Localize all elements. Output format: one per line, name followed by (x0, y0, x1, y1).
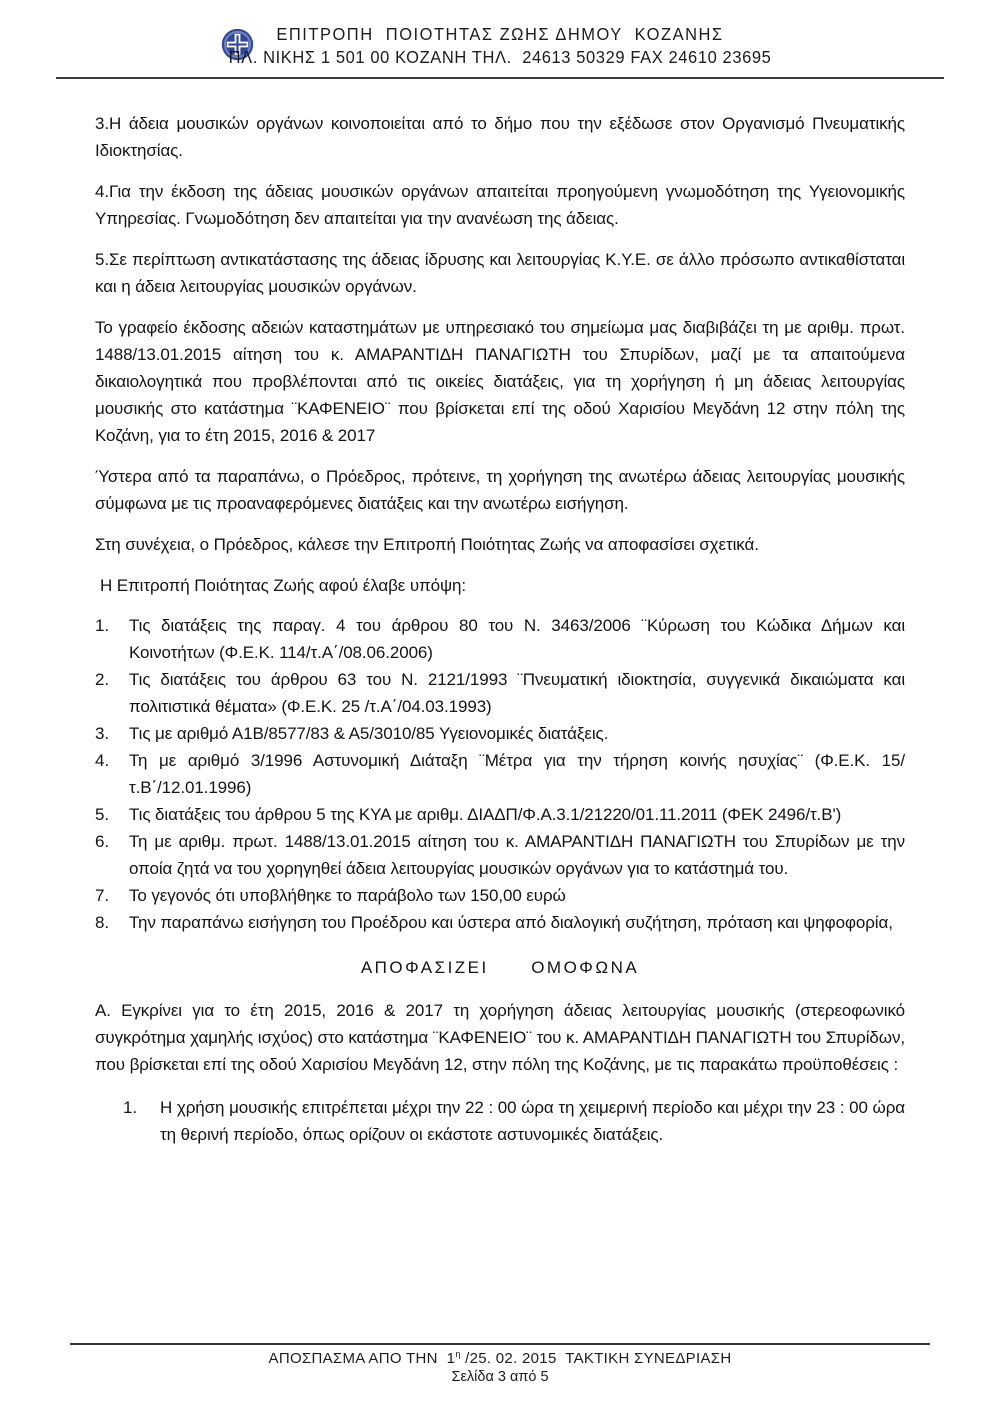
list-item-text: Η χρήση μουσικής επιτρέπεται μέχρι την 2… (160, 1094, 905, 1148)
list-item-number: 3. (95, 720, 129, 747)
extract-prefix: ΑΠΟΣΠΑΣΜΑ ΑΠΟ ΤΗΝ 1 (269, 1350, 456, 1367)
committee-title: ΕΠΙΤΡΟΠΗ ΠΟΙΟΤΗΤΑΣ ΖΩΗΣ ΔΗΜΟΥ ΚΟΖΑΝΗΣ (0, 26, 1000, 46)
list-item-number: 7. (95, 882, 129, 909)
decision-paragraph: Α. Εγκρίνει για το έτη 2015, 2016 & 2017… (95, 997, 905, 1078)
paragraph-president-proposal: Ύστερα από τα παραπάνω, ο Πρόεδρος, πρότ… (95, 463, 905, 517)
document-body: 3.Η άδεια μουσικών οργάνων κοινοποιείται… (0, 79, 1000, 1148)
document-header: ΕΠΙΤΡΟΠΗ ΠΟΙΟΤΗΤΑΣ ΖΩΗΣ ΔΗΜΟΥ ΚΟΖΑΝΗΣ ΠΛ… (0, 0, 1000, 79)
list-item-text: Τις με αριθμό Α1Β/8577/83 & Α5/3010/85 Υ… (129, 720, 905, 747)
considerations-intro: Η Επιτροπή Ποιότητας Ζωής αφού έλαβε υπό… (95, 572, 905, 599)
list-item-number: 2. (95, 666, 129, 720)
extract-suffix: /25. 02. 2015 ΤΑΚΤΙΚΗ ΣΥΝΕΔΡΙΑΣΗ (461, 1350, 732, 1367)
list-item-text: Το γεγονός ότι υποβλήθηκε το παράβολο τω… (129, 882, 905, 909)
document-footer: ΑΠΟΣΠΑΣΜΑ ΑΠΟ ΤΗΝ 1η /25. 02. 2015 ΤΑΚΤΙ… (0, 1343, 1000, 1385)
list-item-number: 8. (95, 909, 129, 936)
list-item-text: Τις διατάξεις του άρθρου 63 του Ν. 2121/… (129, 666, 905, 720)
list-item-number: 1. (123, 1094, 160, 1148)
paragraph-health-opinion: 4.Για την έκδοση της άδειας μουσικών οργ… (95, 178, 905, 232)
document-page: ΕΠΙΤΡΟΠΗ ΠΟΙΟΤΗΤΑΣ ΖΩΗΣ ΔΗΜΟΥ ΚΟΖΑΝΗΣ ΠΛ… (0, 0, 1000, 1415)
committee-address-contact: ΠΛ. ΝΙΚΗΣ 1 501 00 ΚΟΖΑΝΗ ΤΗΛ. 24613 503… (0, 49, 1000, 69)
paragraph-application-forwarded: Το γραφείο έκδοσης αδειών καταστημάτων μ… (95, 314, 905, 449)
list-item: 3. Τις με αριθμό Α1Β/8577/83 & Α5/3010/8… (95, 720, 905, 747)
list-item-text: Τη με αριθμ. πρωτ. 1488/13.01.2015 αίτησ… (129, 828, 905, 882)
list-item: 2. Τις διατάξεις του άρθρου 63 του Ν. 21… (95, 666, 905, 720)
session-extract-line: ΑΠΟΣΠΑΣΜΑ ΑΠΟ ΤΗΝ 1η /25. 02. 2015 ΤΑΚΤΙ… (0, 1349, 1000, 1367)
list-item-number: 1. (95, 612, 129, 666)
list-item: 7. Το γεγονός ότι υποβλήθηκε το παράβολο… (95, 882, 905, 909)
list-item: 5. Τις διατάξεις του άρθρου 5 της ΚΥΑ με… (95, 801, 905, 828)
list-item-text: Τις διατάξεις της παραγ. 4 του άρθρου 80… (129, 612, 905, 666)
list-item-number: 5. (95, 801, 129, 828)
list-item: 1. Τις διατάξεις της παραγ. 4 του άρθρου… (95, 612, 905, 666)
footer-divider (70, 1343, 930, 1345)
list-item-text: Τις διατάξεις του άρθρου 5 της ΚΥΑ με αρ… (129, 801, 905, 828)
page-number: Σελίδα 3 από 5 (0, 1369, 1000, 1385)
paragraph-license-replacement: 5.Σε περίπτωση αντικατάστασης της άδειας… (95, 246, 905, 300)
paragraph-president-call: Στη συνέχεια, ο Πρόεδρος, κάλεσε την Επι… (95, 531, 905, 558)
list-item-text: Τη με αριθμό 3/1996 Αστυνομική Διάταξη ¨… (129, 747, 905, 801)
header-divider (56, 77, 944, 79)
list-item-number: 6. (95, 828, 129, 882)
list-item: 1. Η χρήση μουσικής επιτρέπεται μέχρι τη… (123, 1094, 905, 1148)
list-item: 4. Τη με αριθμό 3/1996 Αστυνομική Διάταξ… (95, 747, 905, 801)
conditions-list: 1. Η χρήση μουσικής επιτρέπεται μέχρι τη… (123, 1094, 905, 1148)
considerations-list: 1. Τις διατάξεις της παραγ. 4 του άρθρου… (95, 612, 905, 936)
list-item-number: 4. (95, 747, 129, 801)
list-item: 6. Τη με αριθμ. πρωτ. 1488/13.01.2015 αί… (95, 828, 905, 882)
list-item-text: Την παραπάνω εισήγηση του Προέδρου και ύ… (129, 909, 905, 936)
paragraph-music-license-notify: 3.Η άδεια μουσικών οργάνων κοινοποιείται… (95, 110, 905, 164)
list-item: 8. Την παραπάνω εισήγηση του Προέδρου κα… (95, 909, 905, 936)
decision-heading: ΑΠΟΦΑΣΙΖΕΙ ΟΜΟΦΩΝΑ (95, 954, 905, 981)
